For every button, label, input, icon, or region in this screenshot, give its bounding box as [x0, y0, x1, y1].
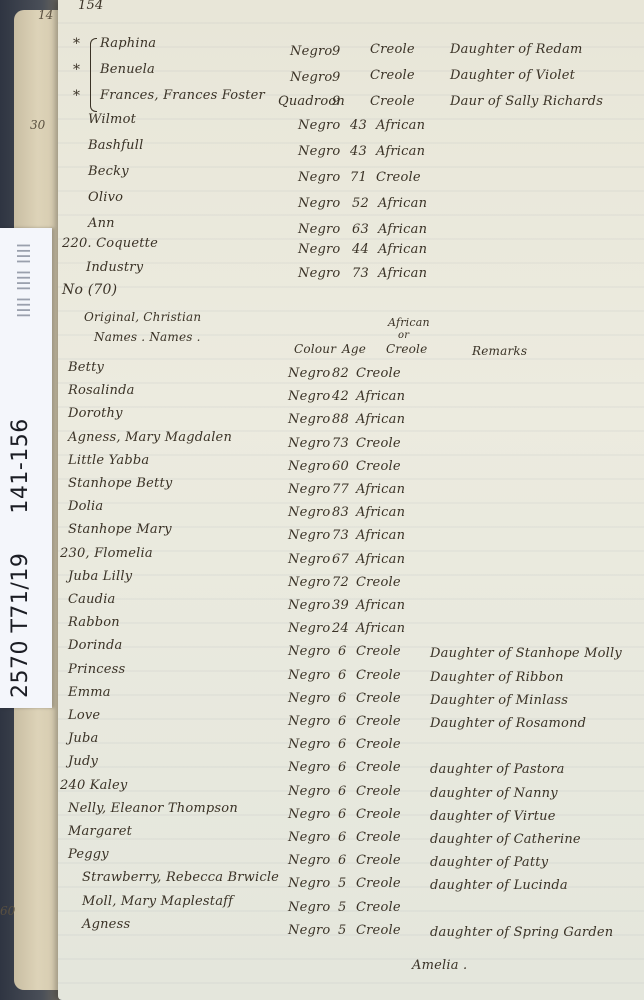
entry-colour: Negro [298, 222, 340, 237]
entry-colour: Negro [288, 366, 330, 381]
entry-age: 63 [352, 222, 369, 237]
entry-name: Dorinda [68, 638, 122, 653]
ledger-row: Bashfull Negro 43 African [0, 138, 644, 158]
entry-origin: Creole [370, 42, 415, 57]
entry-age: 6 [338, 807, 346, 822]
entry-origin: Creole [376, 170, 421, 185]
ledger-row: EmmaNegro6CreoleDaughter of Minlass [0, 687, 644, 707]
entry-colour: Negro [288, 900, 330, 915]
entry-origin: Creole [356, 459, 401, 474]
ledger-row: JudyNegro6Creoledaughter of Pastora [0, 756, 644, 776]
archive-page-range: 141-156 [8, 418, 33, 513]
entry-origin: African [356, 598, 405, 613]
entry-colour: Negro [288, 528, 330, 543]
entry-remark: Daughter of Rosamond [430, 716, 586, 731]
entry-origin: African [378, 242, 427, 257]
entry-colour: Negro [288, 853, 330, 868]
entry-age: 5 [338, 876, 346, 891]
entry-remark: Daughter of Violet [450, 68, 575, 83]
entry-origin: African [378, 196, 427, 211]
entry-colour: Negro [298, 170, 340, 185]
ledger-row: BettyNegro82Creole [0, 362, 644, 382]
entry-colour: Negro [288, 389, 330, 404]
entry-name: Raphina [100, 36, 156, 51]
entry-name: Rosalinda [68, 383, 135, 398]
entry-name: Nelly, Eleanor Thompson [68, 801, 238, 816]
entry-name: Agness, Mary Magdalen [68, 430, 232, 445]
entry-origin: Creole [356, 668, 401, 683]
header-names-line1: Original, Christian [84, 310, 201, 324]
entry-age: 39 [332, 598, 349, 613]
entry-origin: Creole [356, 737, 401, 752]
ledger-row: Little YabbaNegro60Creole [0, 455, 644, 475]
margin-mark: 14 [38, 8, 53, 22]
ledger-row: MargaretNegro6Creoledaughter of Catherin… [0, 826, 644, 846]
ledger-row: Stanhope BettyNegro77African [0, 478, 644, 498]
ledger-row: Agness, Mary MagdalenNegro73Creole [0, 432, 644, 452]
entry-origin: African [356, 412, 405, 427]
entry-colour: Negro [288, 505, 330, 520]
archive-reference: 2570 T71/19 141-156 [8, 418, 33, 698]
entry-name: Stanhope Mary [68, 522, 172, 537]
entry-origin: Creole [356, 900, 401, 915]
entry-remark: Daughter of Ribbon [430, 670, 564, 685]
entry-age: 6 [338, 853, 346, 868]
ledger-row: Industry Negro 73 African [0, 260, 644, 280]
entry-origin: Creole [356, 575, 401, 590]
ledger-row: Ann Negro 63 African [0, 216, 644, 236]
entry-colour: Negro [288, 575, 330, 590]
entry-name: Juba [68, 731, 98, 746]
entry-name: Juba Lilly [68, 569, 132, 584]
entry-name: Betty [68, 360, 104, 375]
asterisk-mark: * [73, 36, 80, 52]
entry-colour: Negro [288, 830, 330, 845]
entry-remark: Daughter of Redam [450, 42, 583, 57]
entry-colour: Negro [288, 784, 330, 799]
entry-colour: Negro [288, 459, 330, 474]
ledger-row: Becky Negro 71 Creole [0, 164, 644, 184]
entry-name: Wilmot [88, 112, 136, 127]
ledger-row: PeggyNegro6Creoledaughter of Patty [0, 849, 644, 869]
entry-colour: Negro [298, 196, 340, 211]
entry-origin: Creole [356, 644, 401, 659]
entry-colour: Negro [288, 760, 330, 775]
entry-age: 52 [352, 196, 369, 211]
entry-colour: Negro [288, 923, 330, 938]
header-colour: Colour [294, 342, 336, 356]
entry-remark: Daur of Sally Richards [450, 94, 603, 109]
entry-origin: Creole [356, 714, 401, 729]
ledger-row: 220. Coquette Negro 44 African [0, 236, 644, 256]
entry-age: 73 [332, 528, 349, 543]
entry-colour: Negro [290, 70, 332, 85]
ledger-row: CaudiaNegro39African [0, 594, 644, 614]
header-origin-top: African [388, 316, 430, 329]
entry-name: Emma [68, 685, 111, 700]
entry-age: 9 [332, 94, 340, 109]
entry-colour: Negro [298, 266, 340, 281]
entry-name: 230, Flomelia [60, 546, 153, 561]
entry-colour: Negro [288, 668, 330, 683]
entry-origin: African [356, 552, 405, 567]
entry-remark: daughter of Nanny [430, 786, 558, 801]
ledger-row: AgnessNegro5Creoledaughter of Spring Gar… [0, 919, 644, 939]
entry-age: 9 [332, 70, 340, 85]
ledger-row: Strawberry, Rebecca BrwicleNegro5Creoled… [0, 872, 644, 892]
entry-age: 5 [338, 923, 346, 938]
entry-origin: Creole [370, 94, 415, 109]
entry-age: 6 [338, 714, 346, 729]
entry-name: Stanhope Betty [68, 476, 172, 491]
entry-age: 71 [350, 170, 367, 185]
entry-age: 60 [332, 459, 349, 474]
entry-age: 6 [338, 784, 346, 799]
entry-origin: African [376, 118, 425, 133]
entry-age: 9 [332, 44, 340, 59]
entry-age: 6 [338, 830, 346, 845]
entry-age: 72 [332, 575, 349, 590]
entry-name: Industry [86, 260, 143, 275]
header-origin-mid: or [398, 330, 409, 341]
entry-name: Judy [68, 754, 98, 769]
entry-age: 24 [332, 621, 349, 636]
entry-colour: Negro [298, 242, 340, 257]
entry-age: 6 [338, 644, 346, 659]
entry-age: 6 [338, 737, 346, 752]
entry-origin: African [356, 528, 405, 543]
entry-colour: Negro [288, 691, 330, 706]
entry-origin: African [376, 144, 425, 159]
header-names-line2: Names . Names . [94, 330, 201, 344]
section-number: No (70) [62, 282, 117, 298]
entry-origin: Creole [356, 366, 401, 381]
entry-name: Strawberry, Rebecca Brwicle [82, 870, 279, 885]
entry-origin: Creole [356, 876, 401, 891]
entry-remark: daughter of Virtue [430, 809, 556, 824]
trailing-remark: Amelia . [412, 958, 467, 973]
entry-age: 77 [332, 482, 349, 497]
entry-colour: Negro [298, 118, 340, 133]
ledger-row: Moll, Mary MaplestaffNegro5Creole [0, 896, 644, 916]
entry-origin: African [356, 389, 405, 404]
entry-colour: Negro [288, 714, 330, 729]
ledger-row: DorothyNegro88African [0, 408, 644, 428]
ledger-row: Nelly, Eleanor ThompsonNegro6Creoledaugh… [0, 803, 644, 823]
entry-age: 44 [352, 242, 369, 257]
entry-name: Olivo [88, 190, 123, 205]
entry-origin: Creole [356, 830, 401, 845]
entry-origin: African [378, 222, 427, 237]
ledger-row: Olivo Negro 52 African [0, 190, 644, 210]
entry-age: 6 [338, 760, 346, 775]
entry-origin: African [378, 266, 427, 281]
ledger-row: RosalindaNegro42African [0, 385, 644, 405]
ledger-row: Stanhope MaryNegro73African [0, 524, 644, 544]
ledger-row: Juba LillyNegro72Creole [0, 571, 644, 591]
entry-age: 6 [338, 691, 346, 706]
entry-remark: daughter of Lucinda [430, 878, 568, 893]
entry-colour: Negro [288, 598, 330, 613]
entry-remark: Daughter of Minlass [430, 693, 568, 708]
entry-age: 67 [332, 552, 349, 567]
entry-age: 6 [338, 668, 346, 683]
entry-age: 5 [338, 900, 346, 915]
header-origin: Creole [386, 342, 427, 356]
entry-origin: Creole [356, 923, 401, 938]
entry-age: 42 [332, 389, 349, 404]
ledger-row: Wilmot Negro 43 African [0, 112, 644, 132]
entry-age: 73 [332, 436, 349, 451]
ledger-row: LoveNegro6CreoleDaughter of Rosamond [0, 710, 644, 730]
header-age: Age [342, 342, 366, 356]
asterisk-mark: * [73, 62, 80, 78]
entry-age: 88 [332, 412, 349, 427]
entry-colour: Negro [288, 737, 330, 752]
entry-name: Agness [82, 917, 130, 932]
entry-remark: daughter of Pastora [430, 762, 565, 777]
ledger-row: PrincessNegro6CreoleDaughter of Ribbon [0, 664, 644, 684]
entry-name: Dolia [68, 499, 103, 514]
entry-colour: Negro [298, 144, 340, 159]
entry-name: Love [68, 708, 100, 723]
entry-name: 220. Coquette [62, 236, 158, 251]
entry-colour: Negro [288, 482, 330, 497]
archive-tally-marks: IIII IIII IIII [14, 243, 35, 318]
entry-origin: Creole [356, 436, 401, 451]
ledger-row: DoliaNegro83African [0, 501, 644, 521]
ledger-row: 230, FlomeliaNegro67African [0, 548, 644, 568]
page-number: 154 [78, 0, 103, 13]
entry-name: Moll, Mary Maplestaff [82, 894, 233, 909]
entry-colour: Negro [288, 412, 330, 427]
ledger-row: DorindaNegro6CreoleDaughter of Stanhope … [0, 640, 644, 660]
entry-origin: Creole [356, 760, 401, 775]
entry-name: Little Yabba [68, 453, 149, 468]
entry-name: Bashfull [88, 138, 143, 153]
entry-origin: African [356, 505, 405, 520]
entry-name: Ann [88, 216, 115, 231]
entry-colour: Negro [288, 644, 330, 659]
entry-name: Margaret [68, 824, 132, 839]
entry-age: 83 [332, 505, 349, 520]
entry-age: 82 [332, 366, 349, 381]
entry-remark: Daughter of Stanhope Molly [430, 646, 622, 661]
entry-origin: Creole [356, 691, 401, 706]
entry-colour: Negro [288, 552, 330, 567]
ledger-row: 240 KaleyNegro6Creoledaughter of Nanny [0, 780, 644, 800]
ledger-row: * Benuela Negro 9 Creole Daughter of Vio… [0, 62, 644, 82]
entry-origin: Creole [356, 807, 401, 822]
entry-colour: Negro [288, 876, 330, 891]
ledger-row: RabbonNegro24African [0, 617, 644, 637]
archive-reference-code: 2570 T71/19 [8, 553, 33, 698]
entry-name: Benuela [100, 62, 155, 77]
entry-remark: daughter of Catherine [430, 832, 581, 847]
entry-age: 43 [350, 118, 367, 133]
entry-origin: Creole [356, 853, 401, 868]
entry-name: Princess [68, 662, 125, 677]
entry-name: Dorothy [68, 406, 123, 421]
entry-colour: Negro [288, 436, 330, 451]
ledger-row: * Frances, Frances Foster Quadroon 9 Cre… [0, 88, 644, 108]
entry-colour: Negro [288, 807, 330, 822]
entry-remark: daughter of Patty [430, 855, 548, 870]
entry-age: 43 [350, 144, 367, 159]
asterisk-mark: * [73, 88, 80, 104]
entry-name: Rabbon [68, 615, 120, 630]
entry-name: Frances, Frances Foster [100, 88, 265, 103]
entry-name: Peggy [68, 847, 109, 862]
entry-remark: daughter of Spring Garden [430, 925, 613, 940]
header-remarks: Remarks [472, 344, 527, 358]
entry-origin: Creole [370, 68, 415, 83]
entry-name: Caudia [68, 592, 116, 607]
entry-colour: Negro [290, 44, 332, 59]
ledger-row: JubaNegro6Creole [0, 733, 644, 753]
entry-name: Becky [88, 164, 129, 179]
entry-age: 73 [352, 266, 369, 281]
entry-colour: Negro [288, 621, 330, 636]
entry-name: 240 Kaley [60, 778, 127, 793]
entry-origin: African [356, 621, 405, 636]
entry-origin: Creole [356, 784, 401, 799]
entry-origin: African [356, 482, 405, 497]
archive-label-strip: IIII IIII IIII 2570 T71/19 141-156 [0, 228, 52, 708]
ledger-row: * Raphina Negro 9 Creole Daughter of Red… [0, 36, 644, 56]
